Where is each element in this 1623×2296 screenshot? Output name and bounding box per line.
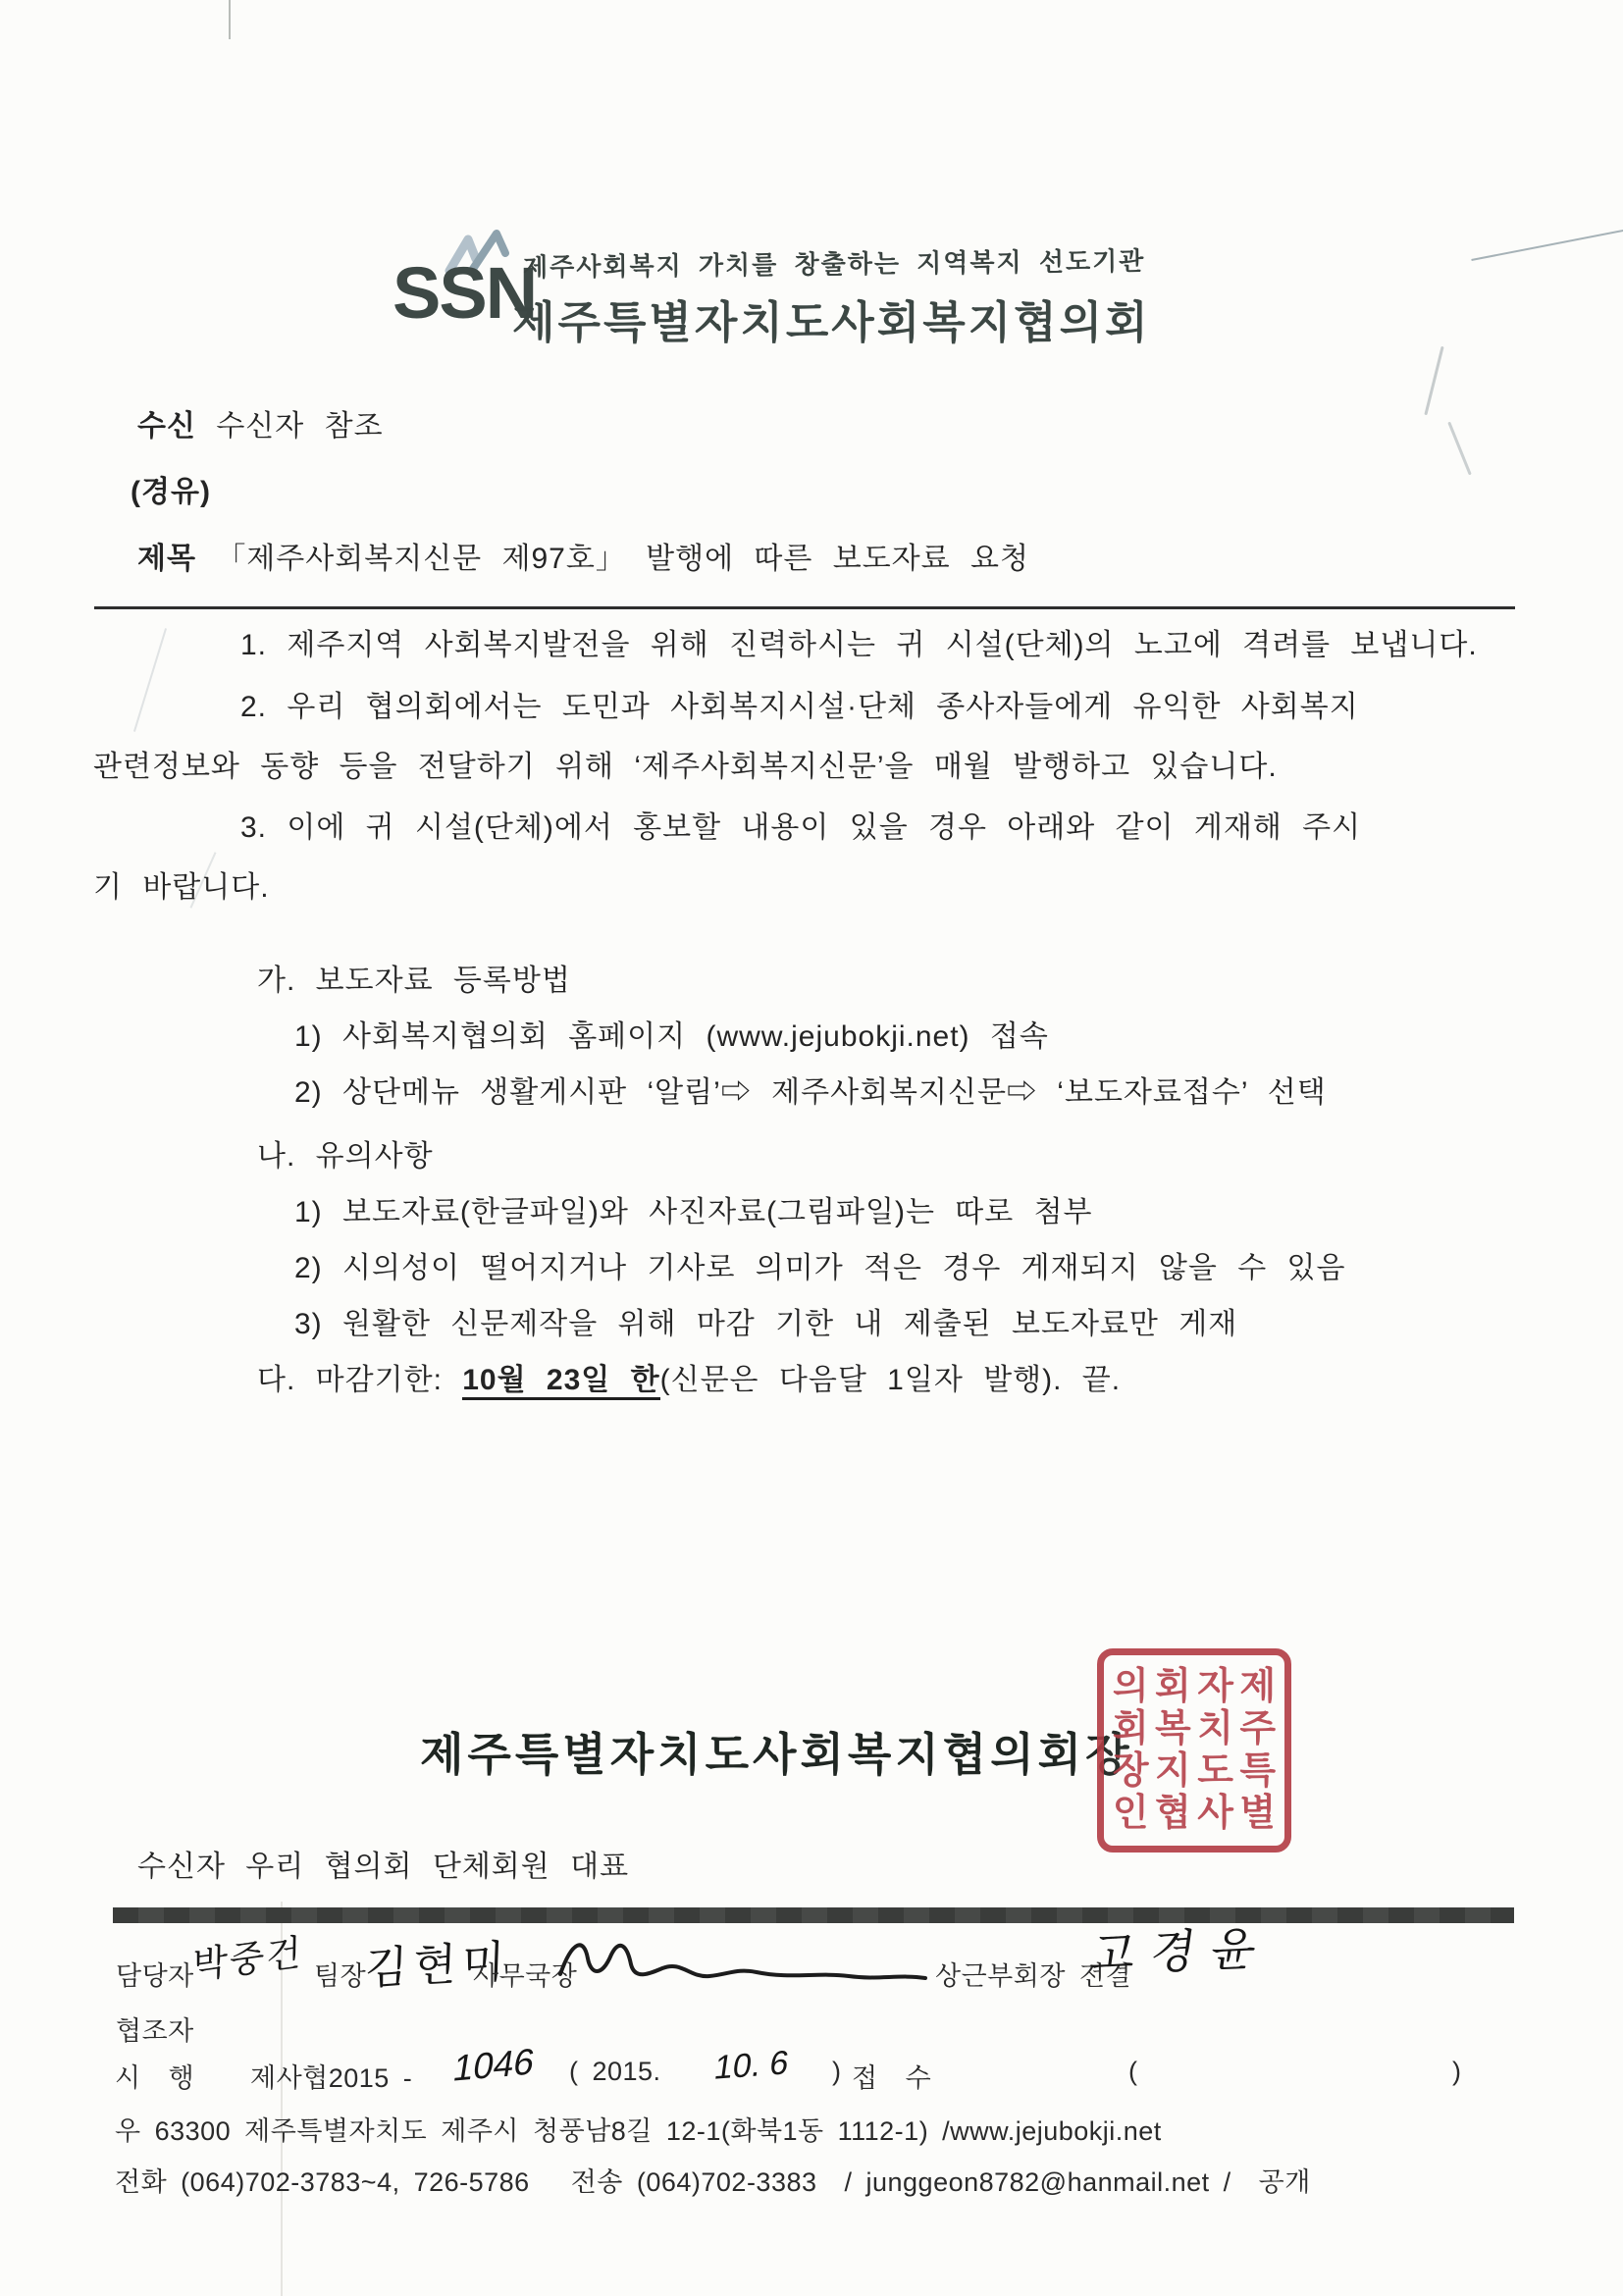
- recipient-label: 수신: [137, 410, 196, 443]
- via-line: (경유): [131, 476, 211, 510]
- issue-date-open: ( 2015.: [569, 2057, 661, 2087]
- subject-label: 제목: [137, 543, 196, 575]
- issue-date-handwritten: 10. 6: [711, 2044, 791, 2088]
- deadline-value: 10월 23일 한: [462, 1364, 659, 1400]
- subject-value: 「제주사회복지신문 제97호」 발행에 따른 보도자료 요청: [216, 543, 1029, 575]
- scan-artifact-diagonal-pen-mark: [1471, 228, 1623, 261]
- section-ga-title: 가. 보도자료 등록방법: [257, 965, 571, 999]
- issue-number-handwritten: 1046: [450, 2041, 538, 2090]
- section-na-title: 나. 유의사항: [257, 1140, 434, 1174]
- drafter-signature: 박중건: [192, 1922, 303, 1989]
- issue-label: 시 행: [115, 2057, 194, 2095]
- scan-artifact-top-line: [229, 0, 231, 39]
- section-ga-item-1: 1) 사회복지협의회 홈페이지 (www.jejubokji.net) 접속: [294, 1020, 1049, 1055]
- body-paragraph-3-line-1: 3. 이에 귀 시설(단체)에서 홍보할 내용이 있을 경우 아래와 같이 게재…: [240, 811, 1361, 846]
- deadline-prefix: 다. 마감기한:: [257, 1364, 462, 1396]
- recipient-value: 수신자 참조: [216, 410, 383, 443]
- body-paragraph-3-line-2: 기 바랍니다.: [93, 871, 270, 906]
- section-da-line: 다. 마감기한: 10월 23일 한(신문은 다음달 1일자 발행). 끝.: [257, 1364, 1121, 1398]
- scan-artifact-smudge-1: [1424, 346, 1443, 416]
- seal-column-3: 회복지협: [1152, 1666, 1194, 1835]
- section-na-item-3: 3) 원활한 신문제작을 위해 마감 기한 내 제출된 보도자료만 게재: [294, 1308, 1237, 1342]
- receipt-label: 접 수: [852, 2057, 931, 2095]
- letterhead-slogan: 제주사회복지 가치를 창출하는 지역복지 선도기관: [523, 241, 1146, 285]
- scan-artifact-scratch-1: [133, 628, 167, 732]
- scan-artifact-smudge-2: [1447, 422, 1472, 476]
- secretary-general-signature-scribble: [554, 1935, 937, 1986]
- body-paragraph-2-line-2: 관련정보와 동향 등을 전달하기 위해 ‘제주사회복지신문’을 매월 발행하고 …: [93, 751, 1278, 785]
- section-ga-item-2: 2) 상단메뉴 생활게시판 ‘알림’⇨ 제주사회복지신문⇨ ‘보도자료접수’ 선…: [294, 1076, 1327, 1111]
- subject-line: 제목 「제주사회복지신문 제97호」 발행에 따른 보도자료 요청: [137, 543, 1029, 577]
- section-na-item-1: 1) 보도자료(한글파일)와 사진자료(그림파일)는 따로 첨부: [294, 1196, 1093, 1230]
- letterhead-org-name: 제주특별자치도사회복지협의회: [512, 287, 1151, 350]
- seal-column-4: 의회장인: [1110, 1666, 1152, 1835]
- seal-column-1: 제주특별: [1236, 1666, 1279, 1835]
- drafter-label: 담당자: [116, 1955, 194, 1993]
- receipt-paren-open: (: [1128, 2057, 1138, 2087]
- distribution-recipients-line: 수신자 우리 협의회 단체회원 대표: [137, 1851, 629, 1885]
- subject-divider-rule: [94, 606, 1515, 609]
- deadline-suffix: (신문은 다음달 1일자 발행). 끝.: [660, 1364, 1121, 1396]
- vice-chair-signature: 고경윤: [1086, 1912, 1277, 1985]
- team-leader-label: 팀장: [314, 1955, 366, 1993]
- issue-number-prefix: 제사협2015 -: [250, 2057, 412, 2095]
- seal-column-2: 자치도사: [1194, 1666, 1236, 1835]
- official-seal-stamp: 제주특별 자치도사 회복지협 의회장인: [1097, 1648, 1291, 1852]
- section-na-item-2: 2) 시의성이 떨어지거나 기사로 의미가 적은 경우 게재되지 않을 수 있음: [294, 1252, 1345, 1286]
- document-page: SSN 제주사회복지 가치를 창출하는 지역복지 선도기관 제주특별자치도사회복…: [0, 0, 1623, 2296]
- issue-date-close: ): [832, 2057, 842, 2087]
- receipt-paren-close: ): [1452, 2057, 1462, 2087]
- cooperator-label: 협조자: [116, 2009, 194, 2048]
- contact-line: 전화 (064)702-3783~4, 726-5786 전송 (064)702…: [115, 2161, 1311, 2199]
- body-paragraph-2-line-1: 2. 우리 협의회에서는 도민과 사회복지시설·단체 종사자들에게 유익한 사회…: [240, 691, 1359, 725]
- address-line: 우 63300 제주특별자치도 제주시 청풍남8길 12-1(화북1동 1112…: [115, 2110, 1162, 2148]
- recipient-line: 수신 수신자 참조: [137, 410, 384, 444]
- footer-separator-bar: [113, 1907, 1514, 1923]
- body-paragraph-1: 1. 제주지역 사회복지발전을 위해 진력하시는 귀 시설(단체)의 노고에 격…: [240, 629, 1478, 663]
- issuer-title: 제주특별자치도사회복지협의회장: [420, 1719, 1133, 1784]
